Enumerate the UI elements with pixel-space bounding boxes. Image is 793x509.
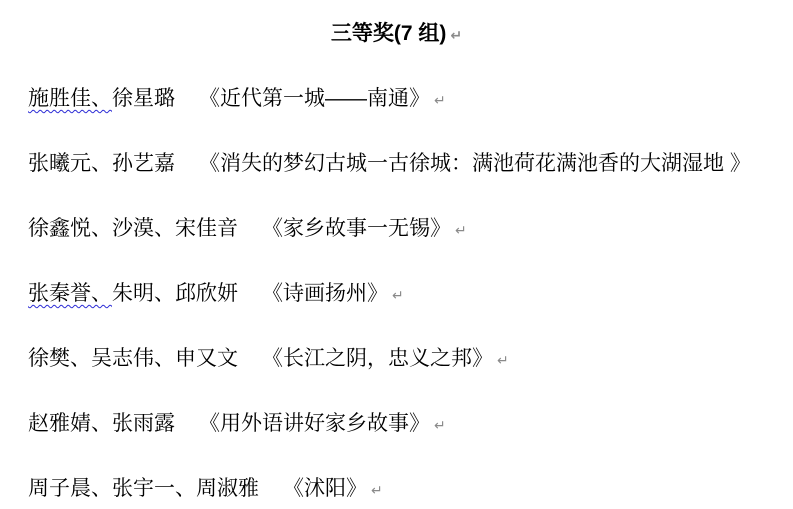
document-title: 三等奖(7 组)↵: [28, 20, 765, 49]
award-entry-3: 徐鑫悦、沙漠、宋佳音《家乡故事一无锡》↵: [28, 215, 765, 244]
title-text: 三等奖(7 组): [331, 22, 447, 45]
award-entry-6: 赵雅婧、张雨露《用外语讲好家乡故事》↵: [28, 410, 765, 439]
award-entry-1: 施胜佳、徐星璐《近代第一城——南通》↵: [28, 85, 765, 114]
award-entry-5: 徐樊、吴志伟、申又文《长江之阴，忠义之邦》↵: [28, 345, 765, 374]
entry-3-names: 徐鑫悦、沙漠、宋佳音: [28, 217, 238, 240]
paragraph-mark-icon: ↵: [371, 482, 383, 498]
paragraph-mark-icon: ↵: [392, 287, 404, 303]
entry-1-names-misspelled: 施胜佳、: [28, 87, 112, 110]
paragraph-mark-icon: ↵: [455, 222, 467, 238]
entry-6-work-title: 《用外语讲好家乡故事》: [199, 412, 430, 435]
entry-5-names: 徐樊、吴志伟、申又文: [28, 347, 238, 370]
entry-3-work-title: 《家乡故事一无锡》: [262, 217, 451, 240]
award-entry-2: 张曦元、孙艺嘉《消失的梦幻古城一古徐城：满池荷花满池香的大湖湿地 》: [28, 150, 765, 179]
entry-1-work-title: 《近代第一城——南通》: [199, 87, 430, 110]
entry-2-names: 张曦元、孙艺嘉: [28, 152, 175, 175]
entry-4-names: 朱明、邱欣妍: [112, 282, 238, 305]
paragraph-mark-icon: ↵: [434, 92, 446, 108]
entry-2-work-title: 《消失的梦幻古城一古徐城：满池荷花满池香的大湖湿地 》: [199, 152, 751, 175]
paragraph-mark-icon: ↵: [497, 352, 509, 368]
entry-5-work-title: 《长江之阴，忠义之邦》: [262, 347, 493, 370]
award-entry-4: 张秦誉、朱明、邱欣妍《诗画扬州》↵: [28, 280, 765, 309]
paragraph-mark-icon: ↵: [434, 417, 446, 433]
entry-1-names: 徐星璐: [112, 87, 175, 110]
paragraph-mark-icon: ↵: [450, 27, 462, 43]
document-page: 三等奖(7 组)↵ 施胜佳、徐星璐《近代第一城——南通》↵ 张曦元、孙艺嘉《消失…: [0, 0, 793, 509]
entry-7-work-title: 《沭阳》: [283, 477, 367, 500]
entry-4-names-misspelled: 张秦誉、: [28, 282, 112, 305]
entry-6-names: 赵雅婧、张雨露: [28, 412, 175, 435]
award-entry-7: 周子晨、张宇一、周淑雅《沭阳》↵: [28, 475, 765, 504]
entry-4-work-title: 《诗画扬州》: [262, 282, 388, 305]
entry-7-names: 周子晨、张宇一、周淑雅: [28, 477, 259, 500]
